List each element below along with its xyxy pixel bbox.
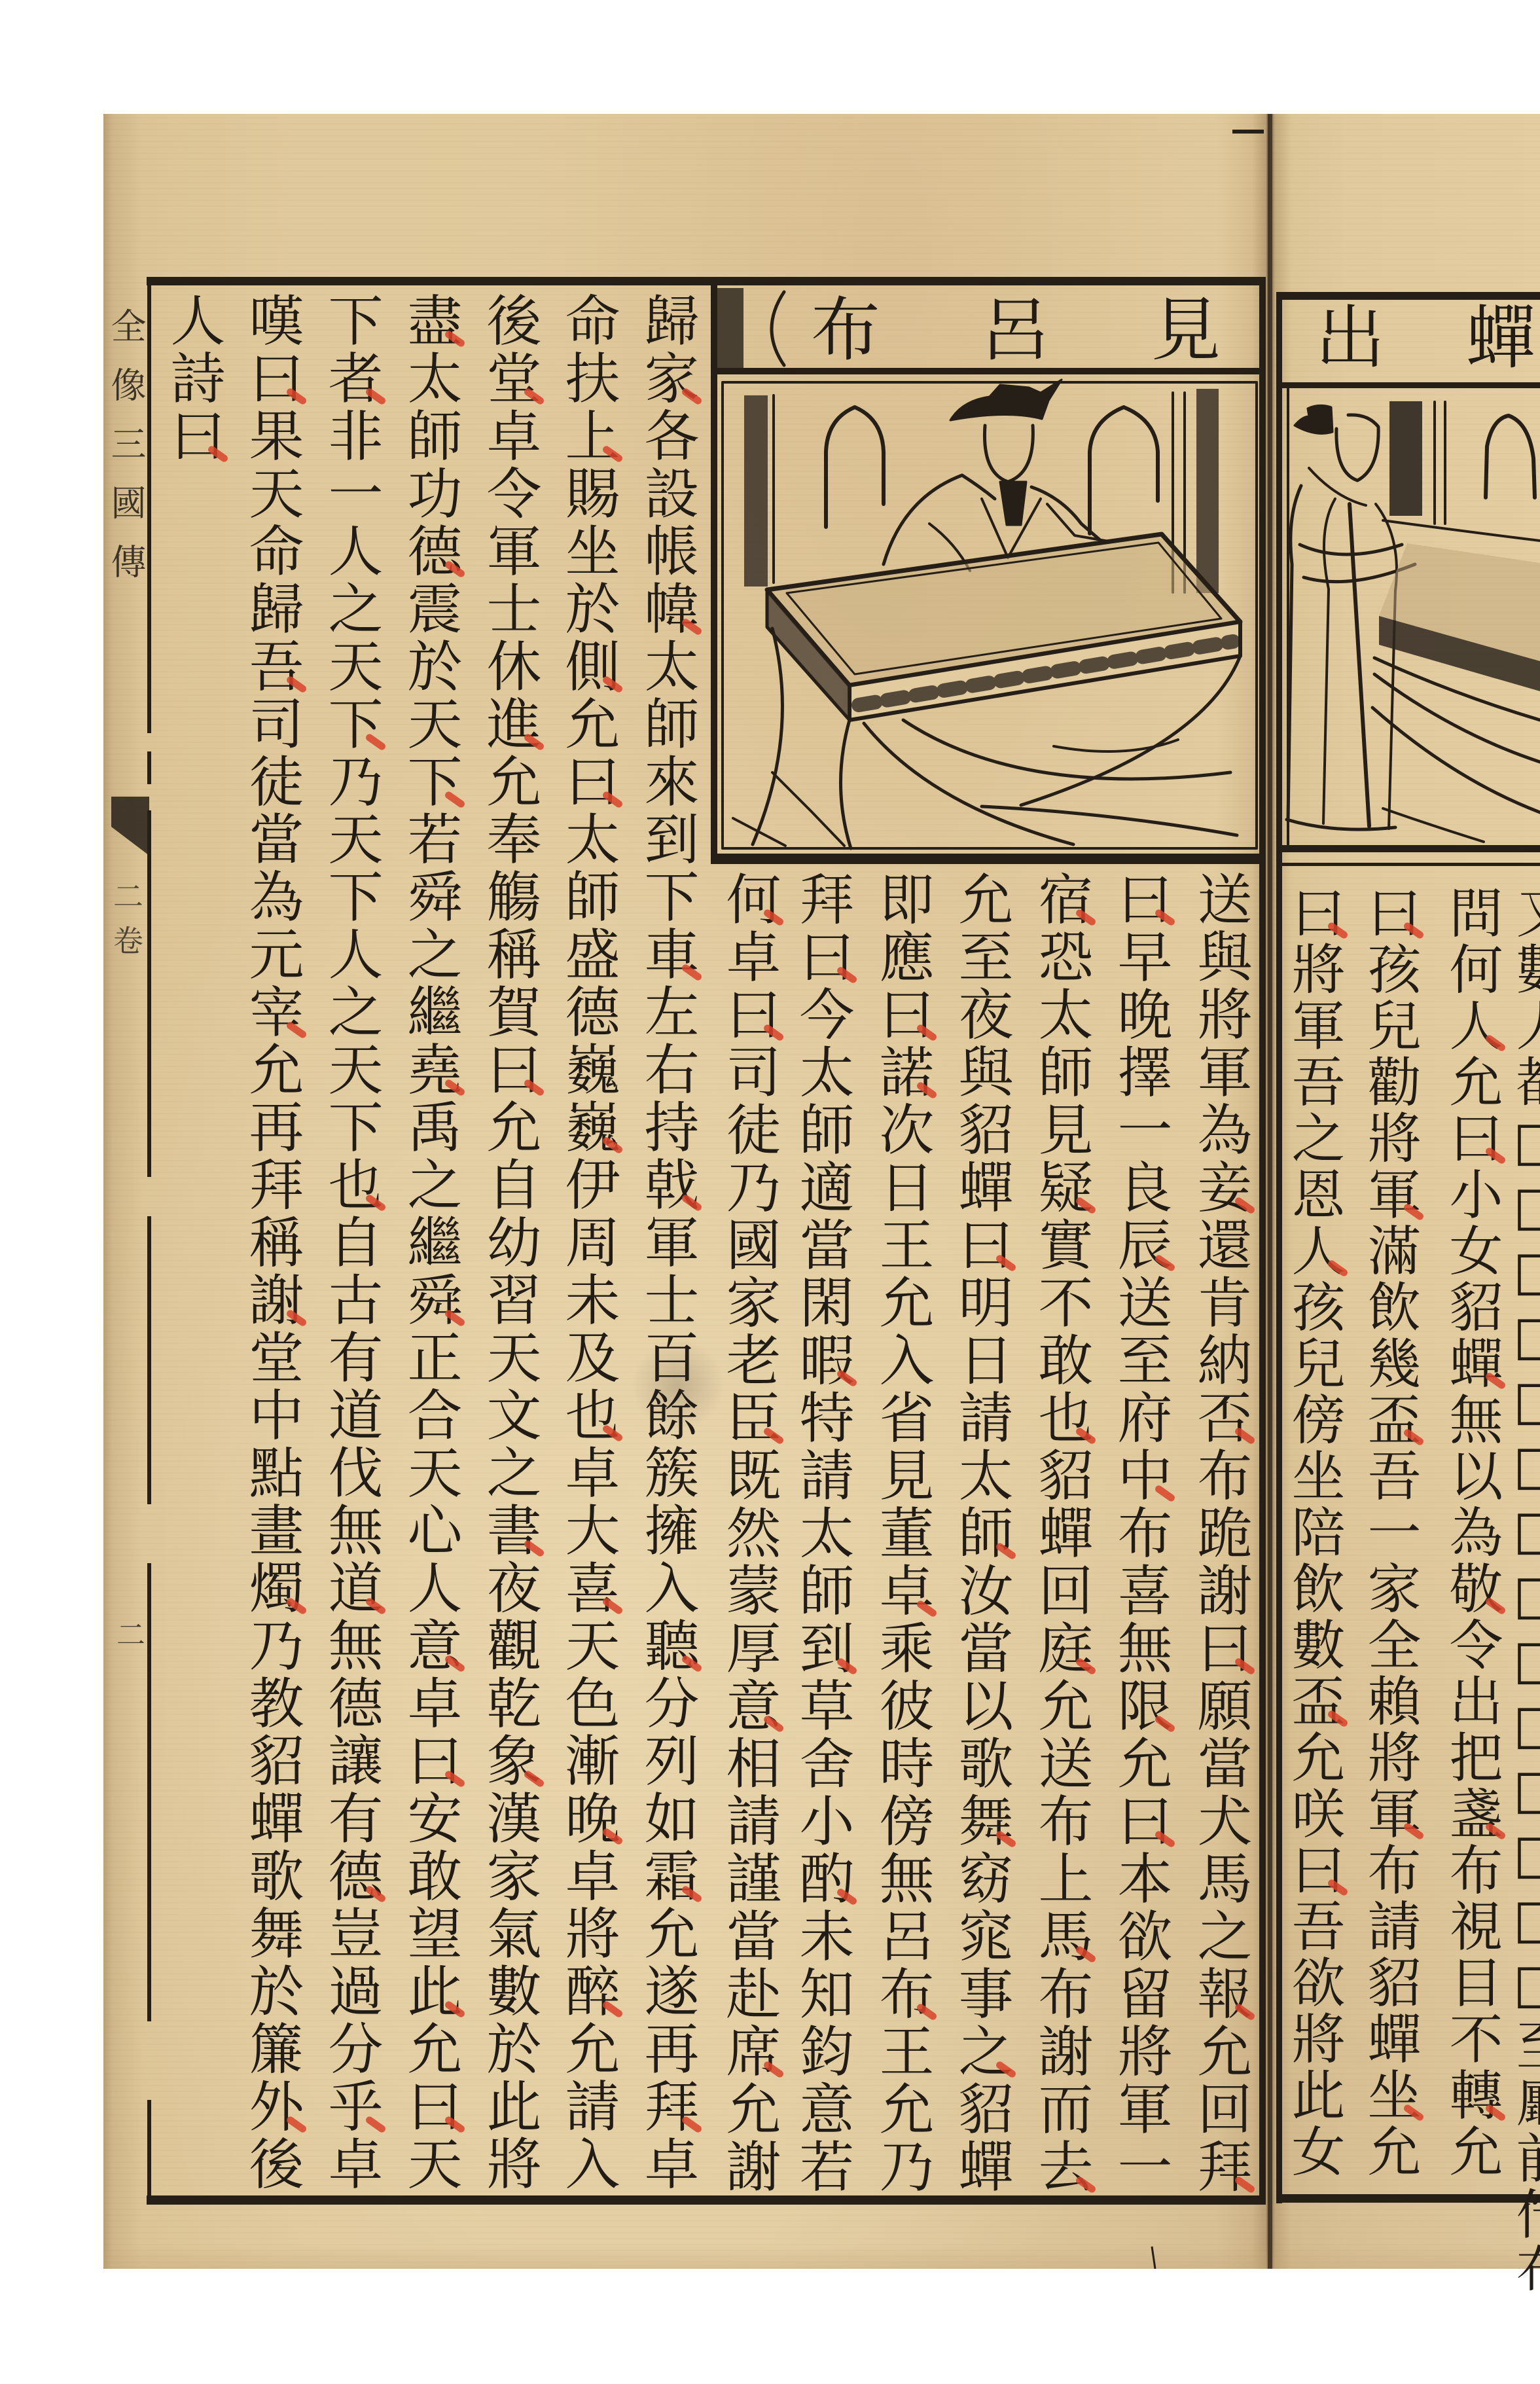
text-column: 曰早晚擇一良辰送至府中布喜無限允曰本欲留將軍一: [1108, 871, 1173, 2195]
text-column: 下者非一人之天下乃天下人之天下也自古有道伐無道無德讓有德豈過分乎卓: [319, 292, 384, 2193]
cloth-drape: [733, 818, 785, 846]
robe-line: [1288, 486, 1301, 820]
cloth-drape: [1383, 808, 1484, 842]
face-outline: [984, 425, 1033, 482]
text-column: 歸家各設帳幃太師來到下車左右持戟軍士百餘簇擁入聽分列如霜允遂再拜卓: [635, 292, 700, 2193]
arched-window: [826, 407, 884, 527]
text-column: 人詩曰: [161, 292, 226, 465]
frame-top-rule: [147, 277, 1266, 285]
cloth-drape: [982, 806, 1237, 835]
dark-pillar: [1196, 389, 1219, 593]
frame-bottom-rule: [1276, 2194, 1540, 2203]
arched-window: [1090, 407, 1158, 533]
scan-canvas: 全像三國傳 二卷 二 見 呂 布 蟬 出 送與將軍為妾還肯納否布跪謝曰願當犬馬之…: [0, 0, 1540, 2384]
left-caption-char: 呂: [973, 288, 1058, 373]
dark-pillar: [744, 395, 768, 587]
left-caption-char: 布: [803, 288, 888, 373]
volume-label: 二卷: [110, 880, 143, 969]
page-number: 二: [113, 1619, 143, 1648]
official-hat: [950, 380, 1062, 420]
cloth-drape: [1372, 708, 1540, 812]
text-column-partial: 又數人都□□□□□□□□□□□□□□至廳前佇布: [1505, 885, 1540, 2299]
illustration-bottom-rule: [1276, 845, 1540, 852]
text-column: 曰將軍吾之恩人孩兒傍坐陪飲數盃允咲曰吾欲將此女: [1281, 885, 1346, 2180]
text-column: 拜曰今太師適當閑暇特請太師到草舍小酌未知鈞意若: [790, 871, 855, 2195]
illustration-bottom-rule-thin: [1276, 863, 1540, 866]
frame-bottom-rule: [147, 2195, 1266, 2205]
robe-line: [1323, 499, 1335, 823]
cloth-drape: [840, 720, 851, 848]
cloth-drape: [1054, 740, 1178, 751]
left-illustration: [723, 292, 1257, 848]
text-column: 送與將軍為妾還肯納否布跪謝曰願當犬馬之報允回拜: [1188, 871, 1253, 2195]
fishtail-mark-icon: [111, 797, 149, 856]
cloth-drape: [753, 628, 782, 844]
table-with-cloth: [1372, 520, 1540, 842]
text-column: 宿恐太師見疑實不敢也貂蟬回庭允送布上馬布謝而去: [1029, 871, 1094, 2195]
text-column: 即應曰諾次日王允入省見董卓乘彼時傍無呂布王允乃: [870, 871, 935, 2195]
beard: [1000, 482, 1026, 525]
desk-with-cloth: [733, 534, 1240, 848]
figure-collar: [1309, 468, 1366, 505]
robe-hem: [1287, 820, 1395, 829]
book-title-margin: 全像三國傳: [106, 308, 145, 602]
caption-band-rule: [1276, 382, 1540, 388]
right-caption-char: 出: [1308, 296, 1393, 381]
cloth-drape: [1374, 674, 1540, 762]
figure-hat: [1295, 405, 1333, 433]
text-column: 嘆曰果天命歸吾司徒當為元宰允再拜稱謝堂中點畫燭乃教貂蟬歌舞於簾外後: [240, 292, 305, 2193]
robe-shoulder: [884, 475, 995, 564]
arched-window: [1486, 416, 1535, 497]
left-caption-char: 見: [1143, 288, 1228, 373]
text-column: 曰孩兒勸將軍滿飲幾盃吾一家全賴將軍布請貂蟬坐允: [1357, 885, 1422, 2180]
cloth-drape: [864, 723, 1073, 844]
right-caption-char: 蟬: [1458, 296, 1540, 381]
paper-scratch-mark: [1152, 2247, 1155, 2269]
right-illustration: [1287, 389, 1540, 844]
table-top-edge: [1383, 520, 1540, 541]
caption-bracket-ornament: [772, 292, 784, 365]
seated-official-figure: [884, 380, 1113, 571]
text-column: 後堂卓令軍士休進允奉觴稱賀曰允自幼習天文之書夜觀乾象漢家氣數於此將: [477, 292, 543, 2193]
caption-band-dark-block: [717, 288, 743, 368]
text-column: 問何人允曰小女貂蟬無以為敬令出把盞布視目不轉允: [1439, 885, 1504, 2180]
figure-face: [1336, 415, 1378, 480]
text-column: 允至夜與貂蟬曰明日請太師汝當以歌舞窈窕事之貂蟬: [949, 871, 1014, 2195]
cloth-drape: [772, 772, 844, 846]
text-column: 何卓曰司徒乃國家老臣既然蒙厚意相請謹當赴席允謝: [717, 871, 782, 2195]
dark-doorway: [1389, 401, 1422, 516]
edge-ink-mark: [1232, 130, 1264, 134]
frame-right-rule: [1259, 277, 1266, 2205]
illustration-bottom-rule: [711, 854, 1264, 864]
text-column: 命扶上賜坐於側允曰太師盛德巍巍伊周未及也卓大喜天色漸晚卓將醉允請入: [556, 292, 621, 2193]
text-column: 盡太師功德震於天下若舜之繼堯禹之繼舜正合天心人意卓曰安敢望此允曰天: [398, 292, 463, 2193]
